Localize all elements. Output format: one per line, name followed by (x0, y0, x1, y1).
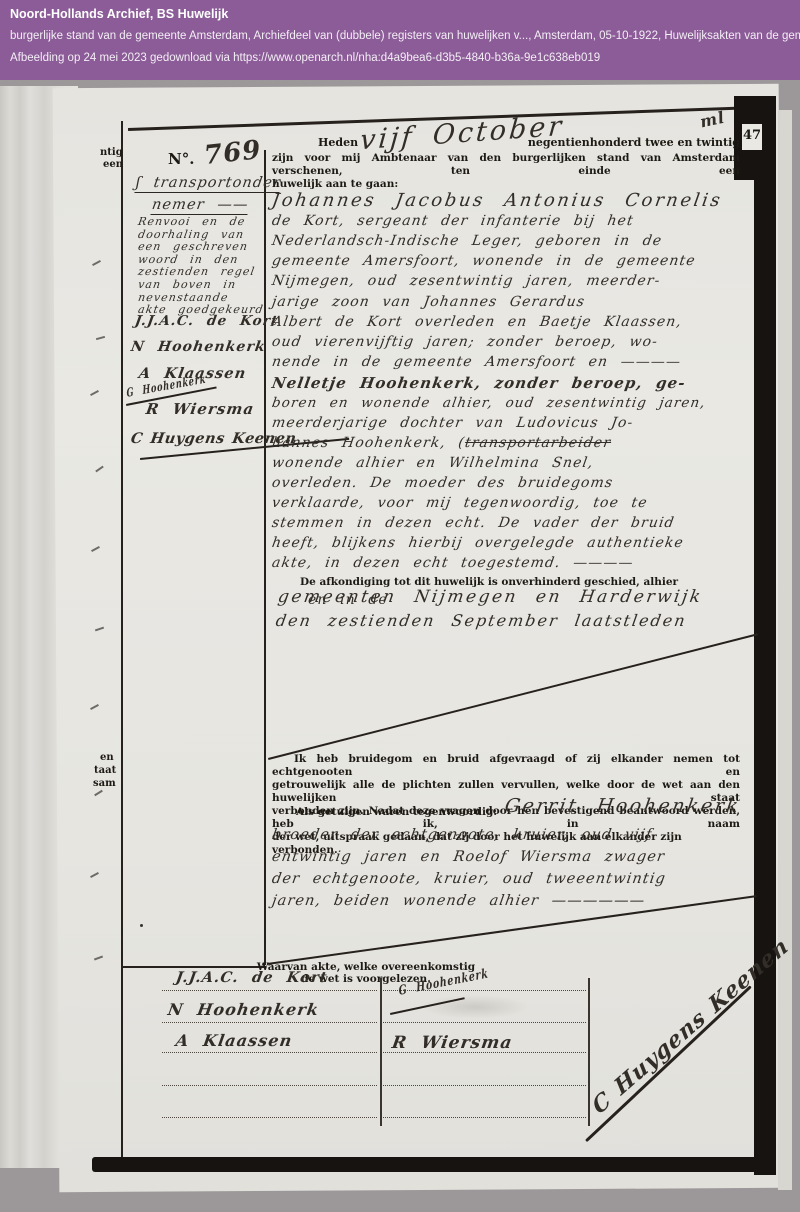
signature-grid-divider (588, 978, 590, 1126)
signature-grid-divider (380, 978, 382, 1126)
signature-rule (383, 1117, 586, 1118)
handwritten-line: boren en wonende alhier, oud zesentwinti… (271, 395, 707, 411)
form-right-border (754, 96, 776, 1175)
witnesses-label: Als getuigen waren tegenwoordig: (296, 806, 497, 818)
handwritten-line-with-strike: hannes Hoohenkerk, (transportarbeider (271, 435, 613, 451)
handwritten-line: der echtgenoote, kruier, oud tweeentwint… (271, 871, 667, 887)
handwritten-line: verklaarde, voor mij tegenwoordig, toe t… (271, 495, 649, 511)
printed-vow-line: Ik heb bruidegom en bruid afgevraagd of … (272, 753, 740, 779)
handwritten-line: Albert de Kort overleden en Baetje Klaas… (271, 314, 683, 330)
signature-rule (162, 990, 377, 991)
page-number: 47 (743, 128, 761, 143)
handwritten-line: entwintig jaren en Roelof Wiersma zwager (271, 849, 666, 865)
struck-word: transportarbeider (464, 435, 613, 451)
act-number: 769 (203, 135, 263, 171)
signature-rule (162, 1052, 377, 1053)
witness-name-handwritten: Gerrit Hoohenkerk (503, 795, 742, 817)
handwritten-line: Nelletje Hoohenkerk, zonder beroep, ge- (271, 374, 688, 392)
renvooi-line: van boven in (137, 279, 265, 292)
handwritten-line: gemeente Amersfoort, wonende in de gemee… (271, 253, 697, 269)
handwritten-line: overleden. De moeder des bruidegoms (271, 475, 615, 491)
mother-signature: A Klaassen (174, 1031, 294, 1050)
form-bottom-border (92, 1157, 772, 1172)
archive-title: Noord-Hollands Archief, BS Huwelijk (10, 7, 228, 21)
signature-rule (162, 1022, 377, 1023)
handwritten-line: wonende alhier en Wilhelmina Snel, (271, 455, 595, 471)
edge-fragment: een (103, 159, 123, 170)
intro-block: Heden negentienhonderd twee en twintig v… (272, 136, 740, 191)
edge-fragment: sam (93, 778, 116, 789)
handwritten-line: heeft, blijkens hierbij overgelegde auth… (271, 535, 685, 551)
renvooi-line: Renvooi en de (137, 216, 265, 229)
signature-rule (162, 1117, 377, 1118)
handwritten-line: gemeenten Nijmegen en Harderwijk (276, 587, 704, 607)
renvooi-note: Renvooi en de doorhaling van een geschre… (138, 216, 264, 317)
margin-profession-line: ʃ transportonder (135, 175, 283, 191)
signature-rule (383, 1022, 586, 1023)
form-left-border (121, 121, 123, 1158)
page-number-notch: 47 (742, 124, 762, 150)
printed-intro-line: zijn voor mij Ambtenaar van den burgerli… (272, 152, 740, 178)
ink-dot (140, 924, 143, 927)
renvooi-line: een geschreven (137, 241, 265, 254)
handwritten-line: jarige zoon van Johannes Gerardus (271, 294, 587, 310)
bleed-through-smudge (420, 995, 530, 1019)
handwritten-line: Nijmegen, oud zesentwintig jaren, meerde… (271, 273, 662, 289)
handwritten-line: de Kort, sergeant der infanterie bij het (271, 213, 635, 229)
margin-profession-line: nemer —— (151, 197, 250, 213)
margin-signature: J.J.A.C. de Kort (134, 313, 280, 329)
handwritten-line: stemmen in dezen echt. De vader der brui… (271, 515, 676, 531)
printed-heden: Heden (318, 136, 358, 149)
download-note: Afbeelding op 24 mei 2023 gedownload via… (10, 52, 600, 64)
handwritten-line: jaren, beiden wonende alhier —————— (271, 893, 647, 909)
handwritten-line: broeder der echtgenoote, kruier, oud vij… (271, 827, 659, 843)
edge-fragment: en (100, 752, 114, 763)
signature-rule (383, 1085, 586, 1086)
margin-signature: R Wiersma (145, 400, 256, 418)
handwritten-line: den zestienden September laatstleden (274, 611, 688, 630)
margin-signature: N Hoohenkerk (130, 339, 267, 355)
handwritten-line: Johannes Jacobus Antonius Cornelis (270, 190, 724, 211)
margin-box-bottom (121, 966, 266, 968)
witness-signature: R Wiersma (390, 1033, 514, 1053)
screenshot-root: Noord-Hollands Archief, BS Huwelijk burg… (0, 0, 800, 1212)
right-page-edge (778, 110, 792, 1190)
source-description: burgerlijke stand van de gemeente Amster… (10, 30, 800, 42)
signature-rule (162, 1085, 377, 1086)
handwritten-line: akte, in dezen echt toegestemd. ———— (271, 555, 635, 571)
metadata-header: Noord-Hollands Archief, BS Huwelijk burg… (0, 0, 800, 80)
edge-fragment: ntig (100, 147, 123, 158)
edge-fragment: taat (94, 765, 116, 776)
margin-divider-line (264, 150, 266, 965)
bride-signature: N Hoohenkerk (166, 1000, 320, 1019)
handwritten-line: meerderjarige dochter van Ludovicus Jo- (271, 415, 635, 431)
handwritten-line: Nederlandsch-Indische Leger, geboren in … (271, 233, 664, 249)
act-number-label: N°. (168, 150, 194, 168)
handwritten-line: oud vierenvijftig jaren; zonder beroep, … (271, 334, 660, 350)
groom-signature: J.J.A.C. de Kort (175, 969, 329, 986)
handwritten-line: nende in de gemeente Amersfoort en ———— (271, 354, 683, 370)
